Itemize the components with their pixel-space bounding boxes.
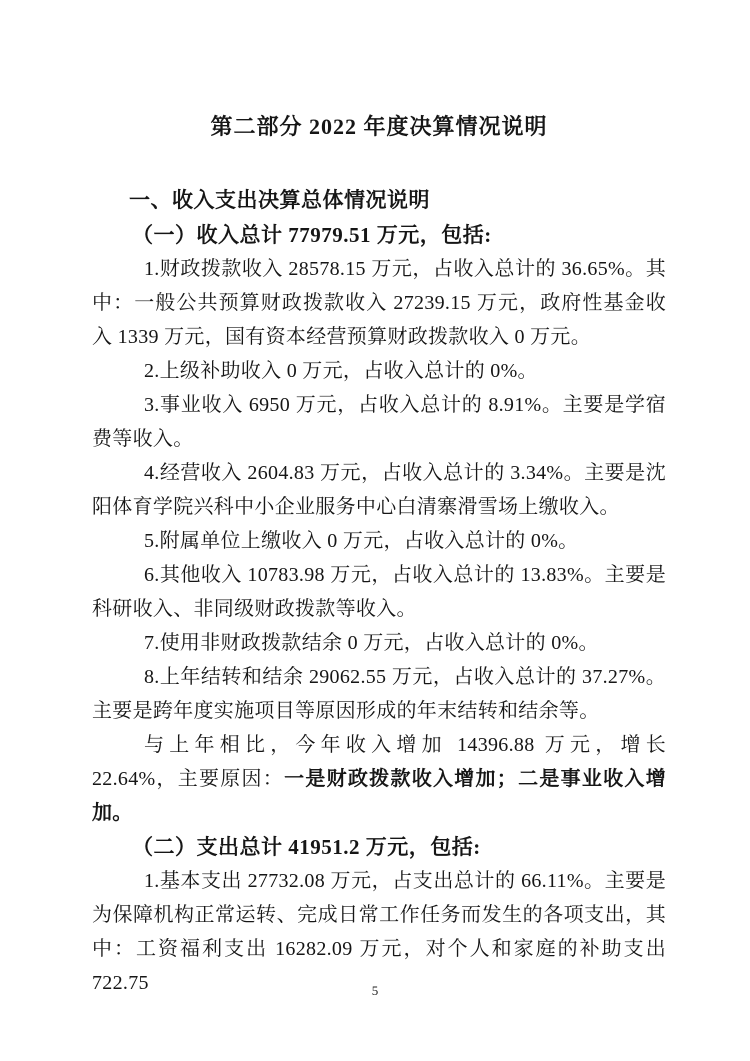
page-number: 5 — [0, 983, 750, 999]
document-title: 第二部分 2022 年度决算情况说明 — [92, 112, 666, 142]
expenditure-item-basic: 1.基本支出 27732.08 万元，占支出总计的 66.11%。主要是为保障机… — [92, 864, 666, 1000]
income-item-operating: 4.经营收入 2604.83 万元，占收入总计的 3.34%。主要是沈阳体育学院… — [92, 456, 666, 524]
income-item-carryover: 8.上年结转和结余 29062.55 万元，占收入总计的 37.27%。主要是跨… — [92, 660, 666, 728]
income-total-heading: （一）收入总计 77979.51 万元，包括: — [92, 218, 666, 252]
document-content: 第二部分 2022 年度决算情况说明 一、收入支出决算总体情况说明 （一）收入总… — [92, 112, 666, 1000]
section-heading-overview: 一、收入支出决算总体情况说明 — [92, 184, 666, 218]
income-item-affiliated-units: 5.附属单位上缴收入 0 万元，占收入总计的 0%。 — [92, 524, 666, 558]
income-item-fiscal-appropriation: 1.财政拨款收入 28578.15 万元，占收入总计的 36.65%。其中：一般… — [92, 252, 666, 354]
income-comparison: 与上年相比，今年收入增加 14396.88 万元，增长 22.64%，主要原因：… — [92, 728, 666, 830]
income-item-institutional: 3.事业收入 6950 万元，占收入总计的 8.91%。主要是学宿费等收入。 — [92, 388, 666, 456]
expenditure-total-heading: （二）支出总计 41951.2 万元，包括: — [92, 830, 666, 864]
income-item-non-fiscal-balance: 7.使用非财政拨款结余 0 万元，占收入总计的 0%。 — [92, 626, 666, 660]
income-item-superior-subsidy: 2.上级补助收入 0 万元，占收入总计的 0%。 — [92, 354, 666, 388]
income-item-other: 6.其他收入 10783.98 万元，占收入总计的 13.83%。主要是科研收入… — [92, 558, 666, 626]
document-page: 第二部分 2022 年度决算情况说明 一、收入支出决算总体情况说明 （一）收入总… — [0, 0, 750, 1061]
